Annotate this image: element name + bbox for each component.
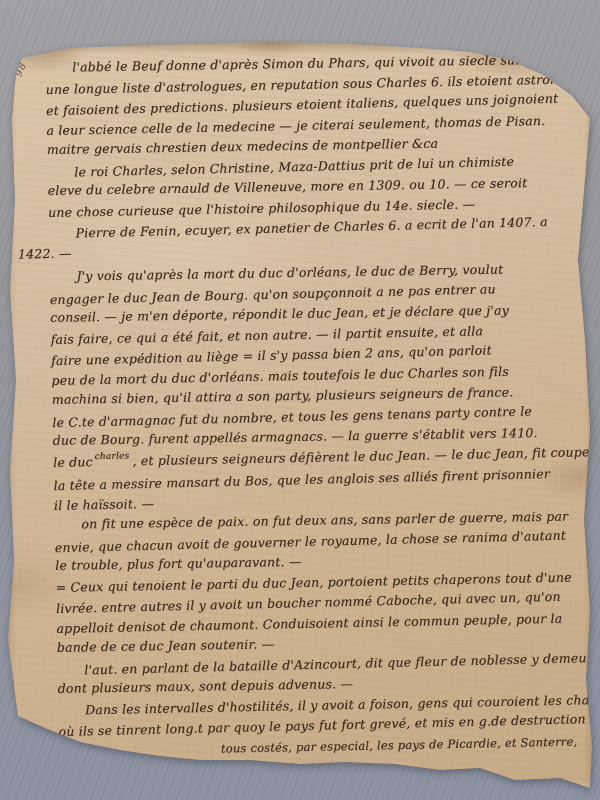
- manuscript-page: 98 l'abbé le Beuf donne d'après Simon du…: [6, 38, 596, 796]
- manuscript-text: l'abbé le Beuf donne d'après Simon du Ph…: [45, 48, 600, 762]
- line-text: le duc: [53, 454, 93, 470]
- photo-of-manuscript: { "scene": { "desk_top_color": "#a1a0a4"…: [0, 0, 600, 800]
- interlinear-insertion: charles: [94, 446, 129, 467]
- page-number: 98: [14, 61, 30, 79]
- paper-sheet: 98 l'abbé le Beuf donne d'après Simon du…: [6, 38, 596, 796]
